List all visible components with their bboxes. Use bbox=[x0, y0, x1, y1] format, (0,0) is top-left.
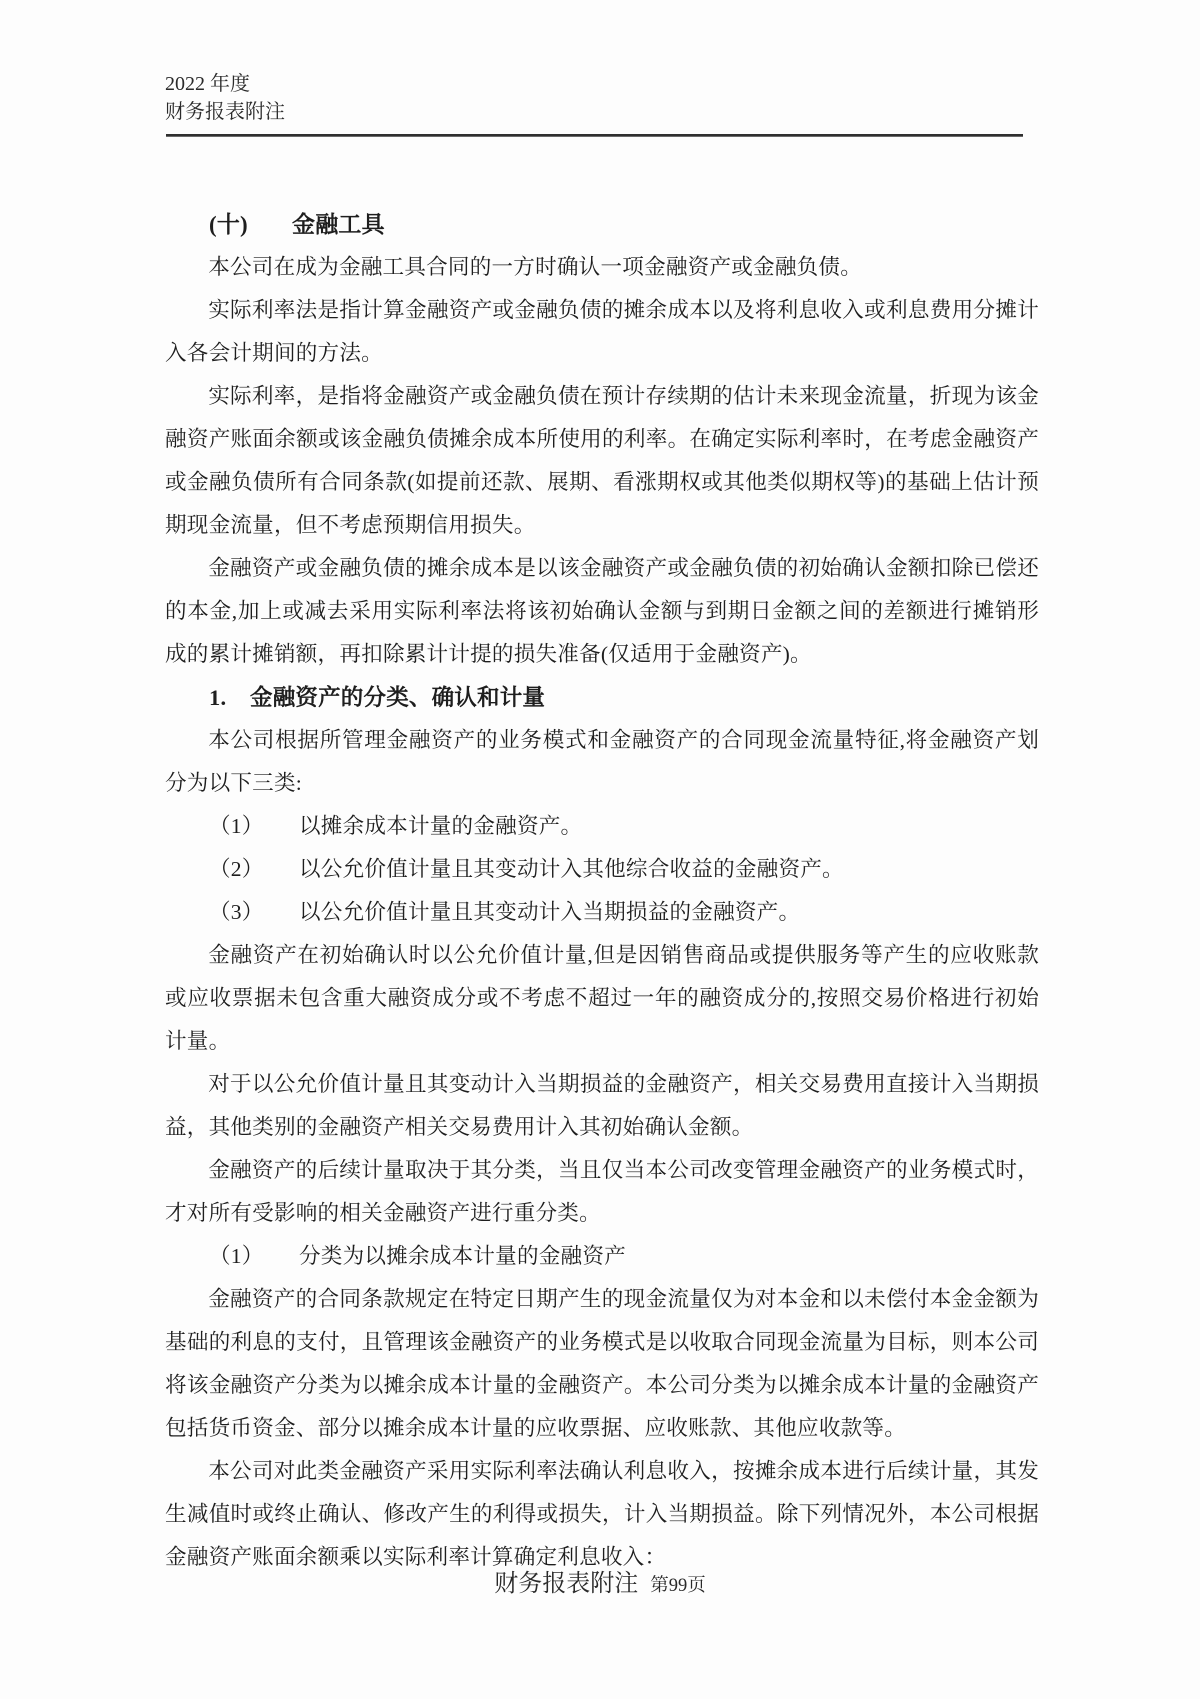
paragraph: 本公司根据所管理金融资产的业务模式和金融资产的合同现金流量特征,将金融资产划分为… bbox=[165, 719, 1039, 805]
paragraph: 金融资产的后续计量取决于其分类，当且仅当本公司改变管理金融资产的业务模式时，才对… bbox=[165, 1149, 1039, 1235]
sub-heading: （1）分类为以摊余成本计量的金融资产 bbox=[165, 1235, 1039, 1278]
page-footer: 财务报表附注第99页 bbox=[0, 1563, 1200, 1598]
heading-number: 1. bbox=[209, 676, 250, 719]
footer-title: 财务报表附注 bbox=[494, 1571, 638, 1597]
paragraph: 实际利率，是指将金融资产或金融负债在预计存续期的估计未来现金流量，折现为该金融资… bbox=[165, 375, 1039, 547]
document-body: (十)金融工具 本公司在成为金融工具合同的一方时确认一项金融资产或金融负债。 实… bbox=[165, 203, 1039, 1579]
header-year: 2022 年度 bbox=[165, 70, 1035, 98]
paragraph: 实际利率法是指计算金融资产或金融负债的摊余成本以及将利息收入或利息费用分摊计入各… bbox=[165, 289, 1039, 375]
list-item: （2）以公允价值计量且其变动计入其他综合收益的金融资产。 bbox=[165, 848, 1039, 891]
list-marker: （3） bbox=[209, 891, 299, 934]
list-marker: （2） bbox=[209, 848, 299, 891]
paragraph: 金融资产在初始确认时以公允价值计量,但是因销售商品或提供服务等产生的应收账款或应… bbox=[165, 934, 1039, 1063]
sub-heading-marker: （1） bbox=[209, 1235, 299, 1278]
list-item: （3）以公允价值计量且其变动计入当期损益的金融资产。 bbox=[165, 891, 1039, 934]
footer-page-number: 第99页 bbox=[650, 1576, 706, 1596]
paragraph: 本公司对此类金融资产采用实际利率法确认利息收入，按摊余成本进行后续计量，其发生减… bbox=[165, 1450, 1039, 1579]
list-item-text: 以摊余成本计量的金融资产。 bbox=[299, 814, 582, 838]
section-title: (十)金融工具 bbox=[165, 203, 1039, 246]
sub-heading-text: 分类为以摊余成本计量的金融资产 bbox=[299, 1244, 626, 1268]
section-number: (十) bbox=[209, 203, 292, 246]
list-marker: （1） bbox=[209, 805, 299, 848]
section-title-text: 金融工具 bbox=[292, 212, 385, 237]
heading-text: 金融资产的分类、确认和计量 bbox=[250, 685, 545, 710]
document-page: { "header": { "year_line": "2022 年度", "d… bbox=[0, 0, 1200, 1699]
page-header: 2022 年度 财务报表附注 bbox=[165, 70, 1035, 126]
list-item-text: 以公允价值计量且其变动计入当期损益的金融资产。 bbox=[299, 900, 800, 924]
paragraph: 金融资产的合同条款规定在特定日期产生的现金流量仅为对本金和以未偿付本金金额为基础… bbox=[165, 1278, 1039, 1450]
numbered-heading: 1.金融资产的分类、确认和计量 bbox=[165, 676, 1039, 719]
paragraph: 金融资产或金融负债的摊余成本是以该金融资产或金融负债的初始确认金额扣除已偿还的本… bbox=[165, 547, 1039, 676]
header-rule bbox=[166, 134, 1023, 137]
paragraph: 本公司在成为金融工具合同的一方时确认一项金融资产或金融负债。 bbox=[165, 246, 1039, 289]
list-item-text: 以公允价值计量且其变动计入其他综合收益的金融资产。 bbox=[299, 857, 844, 881]
paragraph: 对于以公允价值计量且其变动计入当期损益的金融资产，相关交易费用直接计入当期损益，… bbox=[165, 1063, 1039, 1149]
header-doc-title: 财务报表附注 bbox=[165, 98, 1035, 126]
list-item: （1）以摊余成本计量的金融资产。 bbox=[165, 805, 1039, 848]
